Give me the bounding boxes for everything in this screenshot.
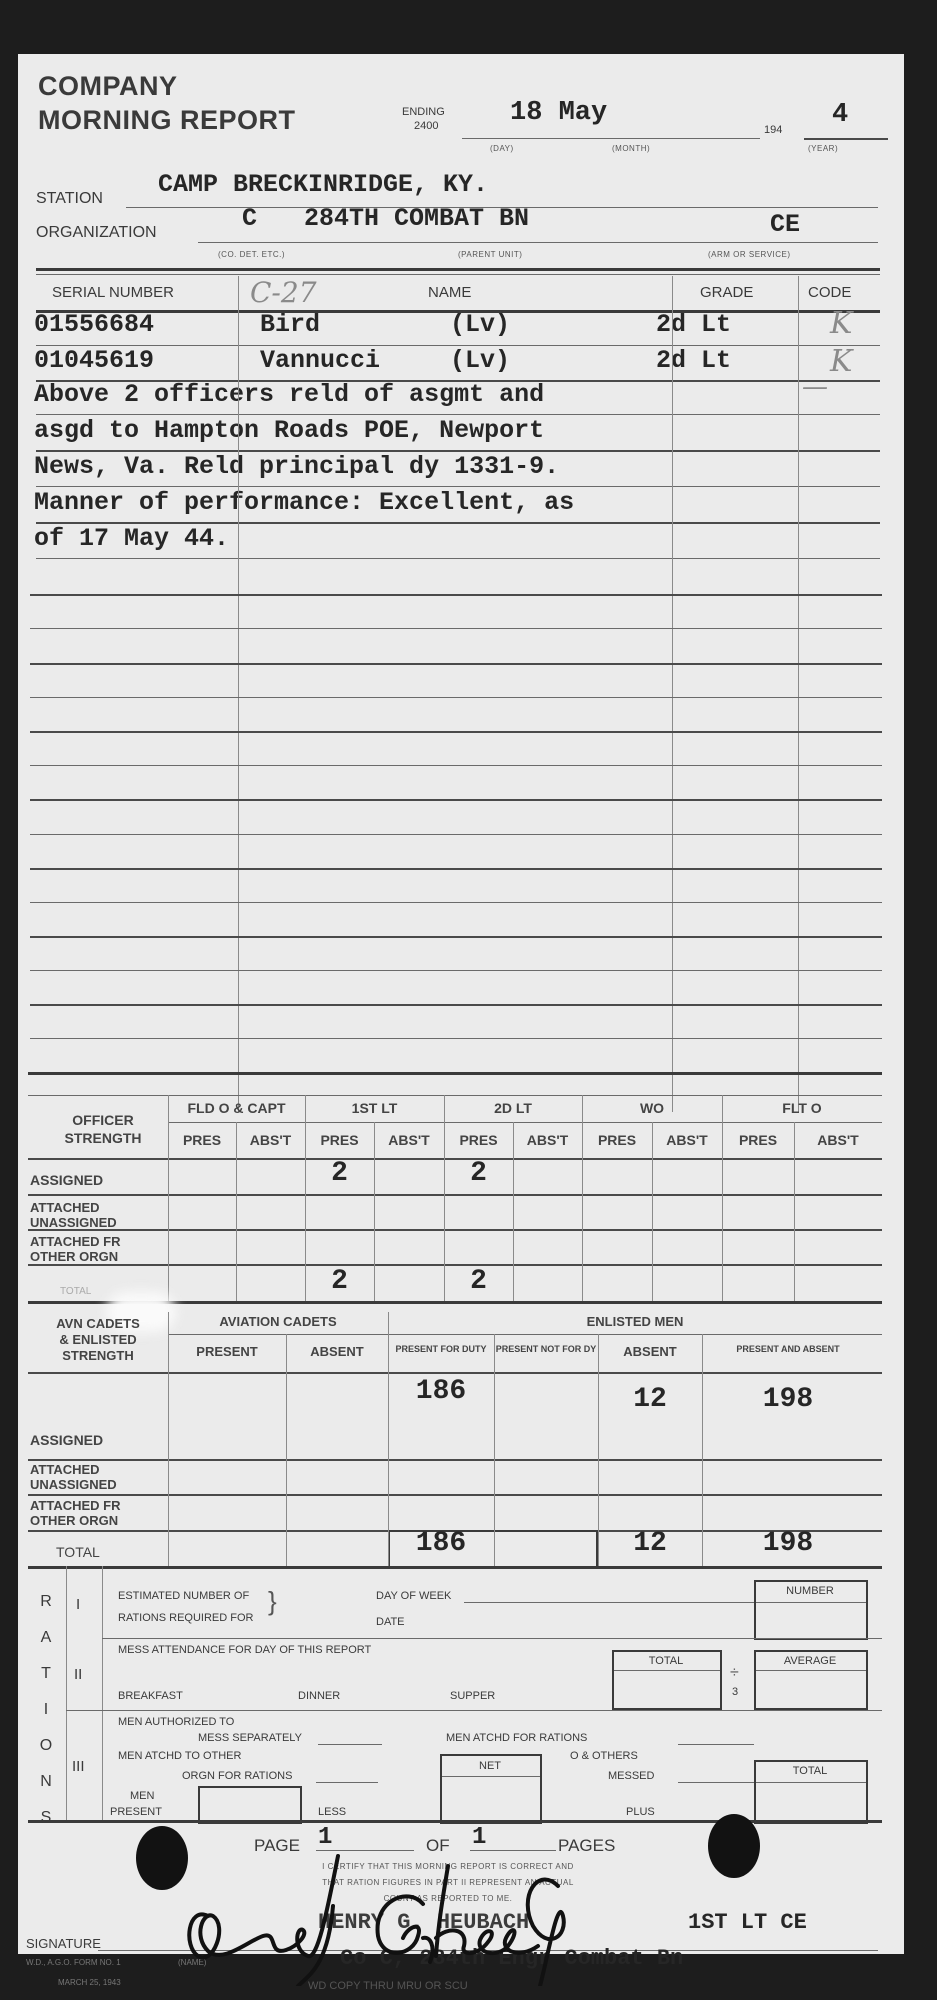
group-flt-o: FLT O	[722, 1100, 882, 1116]
table-col-divider	[702, 1334, 703, 1566]
year-underline	[804, 138, 888, 140]
remarks-line-5: of 17 May 44.	[34, 524, 229, 553]
row-label-total: TOTAL	[60, 1286, 91, 1297]
table-rule	[28, 1372, 882, 1374]
col-serial-number: SERIAL NUMBER	[52, 284, 174, 301]
table-col-divider	[652, 1122, 653, 1301]
row-rule	[30, 731, 882, 733]
ending-label: ENDING	[402, 106, 445, 118]
form-title-line2: MORNING REPORT	[38, 104, 296, 136]
subcol-abst: ABS'T	[652, 1132, 722, 1148]
section-3-numeral: III	[72, 1758, 85, 1775]
row-rule	[36, 558, 880, 559]
orgn-for-rations-label: ORGN FOR RATIONS	[182, 1770, 292, 1782]
serial-number: 01045619	[34, 346, 154, 375]
rations-col-divider	[66, 1566, 67, 1820]
form-date: MARCH 25, 1943	[58, 1978, 121, 1987]
row-label-attached-unassigned: ATTACHED UNASSIGNED	[30, 1462, 150, 1492]
box-rule	[442, 1776, 540, 1777]
officer-grade: 2d Lt	[656, 346, 731, 375]
col-present-for-duty: PRESENT FOR DUTY	[390, 1342, 492, 1357]
supper-label: SUPPER	[450, 1690, 495, 1702]
assigned-1st-lt-pres: 2	[305, 1158, 374, 1189]
total-2d-lt-pres: 2	[444, 1266, 513, 1297]
col-present-and-absent: PRESENT AND ABSENT	[718, 1342, 858, 1357]
handwritten-signature	[168, 1846, 628, 1986]
subcol-pres: PRES	[168, 1132, 236, 1148]
enlisted-title-2: & ENLISTED	[28, 1332, 168, 1347]
row-rule	[30, 834, 882, 835]
officer-status: (Lv)	[450, 310, 510, 339]
ending-time: 2400	[414, 120, 438, 132]
side-letter: I	[36, 1692, 56, 1728]
remarks-line-4: Manner of performance: Excellent, as	[34, 488, 574, 517]
officer-name: Bird	[260, 310, 320, 339]
fill-line	[678, 1744, 754, 1745]
subcol-abst: ABS'T	[236, 1132, 305, 1148]
section-2-numeral: II	[74, 1666, 82, 1683]
parent-caption: (PARENT UNIT)	[458, 250, 522, 259]
col-divider-code	[798, 276, 799, 1112]
form-number: W.D., A.G.O. FORM NO. 1	[26, 1958, 121, 1967]
report-year: 4	[832, 100, 848, 130]
assigned-absent: 12	[598, 1384, 702, 1415]
divisor: 3	[732, 1686, 738, 1698]
table-col-divider	[444, 1095, 445, 1301]
table-rule	[168, 1334, 882, 1335]
date-underline	[462, 138, 760, 139]
side-letter: O	[36, 1728, 56, 1764]
subcol-abst: ABS'T	[794, 1132, 882, 1148]
remarks-line-3: News, Va. Reld principal dy 1331-9.	[34, 452, 559, 481]
table-col-divider	[374, 1122, 375, 1301]
row-label-assigned: ASSIGNED	[30, 1172, 103, 1188]
section-rule	[28, 1820, 882, 1823]
table-col-divider	[722, 1095, 723, 1301]
subcol-abst: ABS'T	[374, 1132, 444, 1148]
table-col-divider	[513, 1122, 514, 1301]
col-present-not-for-dy: PRESENT NOT FOR DY	[494, 1342, 598, 1357]
divide-symbol: ÷	[730, 1664, 739, 1682]
officer-grade: 2d Lt	[656, 310, 731, 339]
row-rule	[30, 1038, 882, 1039]
men-label: MEN	[130, 1790, 154, 1802]
average-box-label: AVERAGE	[754, 1655, 866, 1667]
group-fld-o-capt: FLD O & CAPT	[168, 1100, 305, 1116]
group-wo: WO	[582, 1100, 722, 1116]
table-col-divider	[168, 1312, 169, 1566]
men-atchd-other-label: MEN ATCHD TO OTHER	[118, 1750, 241, 1762]
table-col-divider	[598, 1334, 599, 1566]
box-rule	[614, 1670, 720, 1671]
officer-strength-title-1: OFFICER	[28, 1112, 178, 1128]
brace-symbol: }	[268, 1586, 277, 1617]
less-label: LESS	[318, 1806, 346, 1818]
row-rule	[36, 414, 880, 415]
day-of-week-line	[464, 1602, 764, 1603]
box-rule	[756, 1602, 866, 1603]
section-rule	[102, 1638, 882, 1639]
month-caption: (MONTH)	[612, 144, 650, 153]
row-rule	[30, 628, 882, 629]
rations-col-divider	[102, 1566, 103, 1820]
table-col-divider	[286, 1334, 287, 1566]
officer-strength-title-2: STRENGTH	[28, 1130, 178, 1146]
col-name: NAME	[428, 284, 471, 301]
assigned-2d-lt-pres: 2	[444, 1158, 513, 1189]
table-col-divider	[494, 1334, 495, 1566]
plus-label: PLUS	[626, 1806, 655, 1818]
org-arm-service: CE	[770, 210, 800, 239]
dinner-label: DINNER	[298, 1690, 340, 1702]
mess-separately-label: MESS SEPARATELY	[198, 1732, 302, 1744]
table-rule	[168, 1122, 882, 1123]
row-rule	[30, 663, 882, 665]
total-box-label: TOTAL	[612, 1655, 720, 1667]
assigned-present-for-duty: 186	[390, 1376, 492, 1407]
table-col-divider	[582, 1095, 583, 1301]
enlisted-title-1: AVN CADETS	[28, 1316, 168, 1331]
number-box-label: NUMBER	[754, 1585, 866, 1597]
station-value: CAMP BRECKINRIDGE, KY.	[158, 170, 488, 199]
row-rule	[30, 902, 882, 903]
remarks-line-1: Above 2 officers reld of asgmt and	[34, 380, 544, 409]
row-label-attached-fr-other: ATTACHED FR OTHER ORGN	[30, 1234, 150, 1264]
side-letter: R	[36, 1584, 56, 1620]
section-1-numeral: I	[76, 1596, 80, 1613]
table-col-divider	[794, 1122, 795, 1301]
handwritten-note: C-27	[250, 276, 317, 309]
mess-attendance-label: MESS ATTENDANCE FOR DAY OF THIS REPORT	[118, 1644, 371, 1656]
row-rule	[30, 970, 882, 971]
box-rule	[756, 1782, 866, 1783]
table-col-divider	[236, 1122, 237, 1301]
organization-underline	[198, 242, 878, 243]
row-label-attached-fr-other: ATTACHED FR OTHER ORGN	[30, 1498, 150, 1528]
row-rule	[30, 594, 882, 596]
breakfast-label: BREAKFAST	[118, 1690, 183, 1702]
row-rule	[30, 799, 882, 801]
table-rule	[28, 1459, 882, 1461]
subcol-pres: PRES	[444, 1132, 513, 1148]
side-letter: N	[36, 1764, 56, 1800]
org-parent-unit: 284TH COMBAT BN	[304, 204, 529, 233]
org-company: C	[242, 204, 257, 233]
men-present-box	[198, 1786, 302, 1824]
row-rule	[30, 697, 882, 698]
fill-line	[678, 1782, 754, 1783]
signature-label: SIGNATURE	[26, 1936, 101, 1951]
remarks-line-2: asgd to Hampton Roads POE, Newport	[34, 416, 544, 445]
total-3-box-label: TOTAL	[754, 1765, 866, 1777]
rations-side-label: R A T I O N S	[36, 1584, 56, 1836]
year-prefix: 194	[764, 124, 782, 136]
report-date: 18 May	[510, 98, 607, 128]
fill-line	[318, 1744, 382, 1745]
col-absent: ABSENT	[598, 1344, 702, 1359]
year-caption: (YEAR)	[808, 144, 838, 153]
box-rule	[756, 1670, 866, 1671]
total-absent: 12	[598, 1528, 702, 1559]
officer-name: Vannucci	[260, 346, 380, 375]
officer-status: (Lv)	[450, 346, 510, 375]
row-label-total: TOTAL	[56, 1544, 100, 1560]
row-rule	[30, 1004, 882, 1006]
row-label-attached-unassigned: ATTACHED UNASSIGNED	[30, 1200, 150, 1230]
day-of-week-label: DAY OF WEEK	[376, 1590, 451, 1602]
table-rule	[28, 1229, 882, 1231]
row-rule	[30, 868, 882, 870]
subcol-abst: ABS'T	[513, 1132, 582, 1148]
row-rule	[30, 765, 882, 766]
net-box-label: NET	[440, 1760, 540, 1772]
side-letter: S	[36, 1800, 56, 1836]
subcol-pres: PRES	[305, 1132, 374, 1148]
organization-label: ORGANIZATION	[36, 224, 157, 242]
side-letter: T	[36, 1656, 56, 1692]
side-letter: A	[36, 1620, 56, 1656]
subcol-pres: PRES	[722, 1132, 794, 1148]
table-col-divider	[388, 1312, 389, 1566]
signer-rank: 1ST LT CE	[688, 1910, 807, 1935]
date-label: DATE	[376, 1616, 405, 1628]
assigned-present-and-absent: 198	[718, 1384, 858, 1415]
group-enlisted-men: ENLISTED MEN	[388, 1314, 882, 1329]
group-1st-lt: 1ST LT	[305, 1100, 444, 1116]
col-code: CODE	[808, 284, 851, 301]
group-aviation-cadets: AVIATION CADETS	[168, 1314, 388, 1329]
station-label: STATION	[36, 190, 103, 208]
officer-code: K	[830, 344, 852, 379]
table-rule	[28, 1095, 882, 1096]
fill-line	[316, 1782, 378, 1783]
estimated-number-label: ESTIMATED NUMBER OF	[118, 1590, 249, 1602]
men-authorized-label: MEN AUTHORIZED TO	[118, 1716, 234, 1728]
group-2d-lt: 2D LT	[444, 1100, 582, 1116]
col-divider-grade	[672, 276, 673, 1112]
table-rule	[28, 1194, 882, 1196]
morning-report-form: COMPANY MORNING REPORT ENDING 2400 18 Ma…	[18, 54, 904, 1954]
serial-number: 01556684	[34, 310, 154, 339]
punch-hole-right	[708, 1814, 760, 1878]
table-col-divider	[168, 1095, 169, 1301]
col-cadets-present: PRESENT	[168, 1344, 286, 1359]
row-rule	[30, 936, 882, 938]
officer-code: K	[830, 306, 852, 341]
subcol-pres: PRES	[582, 1132, 652, 1148]
present-label: PRESENT	[110, 1806, 162, 1818]
roster-top-rule	[36, 268, 880, 271]
men-atchd-for-rations-label: MEN ATCHD FOR RATIONS	[446, 1732, 587, 1744]
roster-top-rule-2	[36, 274, 880, 275]
col-divider-name	[238, 276, 239, 1112]
messed-label: MESSED	[608, 1770, 654, 1782]
total-present-and-absent: 198	[718, 1528, 858, 1559]
table-col-divider	[305, 1095, 306, 1301]
table-rule	[28, 1494, 882, 1496]
officers-others-label: O & OTHERS	[570, 1750, 638, 1762]
enlisted-title-3: STRENGTH	[28, 1348, 168, 1363]
section-rule	[66, 1710, 882, 1711]
row-label-assigned: ASSIGNED	[30, 1432, 103, 1448]
total-1st-lt-pres: 2	[305, 1266, 374, 1297]
co-caption: (CO. DET. ETC.)	[218, 250, 285, 259]
rations-required-label: RATIONS REQUIRED FOR	[118, 1612, 253, 1624]
form-title-line1: COMPANY	[38, 70, 178, 102]
day-caption: (DAY)	[490, 144, 514, 153]
total-present-for-duty: 186	[390, 1528, 492, 1559]
arm-caption: (ARM OR SERVICE)	[708, 250, 791, 259]
row-rule	[36, 486, 880, 487]
row-rule	[28, 1072, 882, 1075]
col-grade: GRADE	[700, 284, 753, 301]
col-cadets-absent: ABSENT	[286, 1344, 388, 1359]
handwritten-dash-mark: —	[802, 372, 828, 402]
